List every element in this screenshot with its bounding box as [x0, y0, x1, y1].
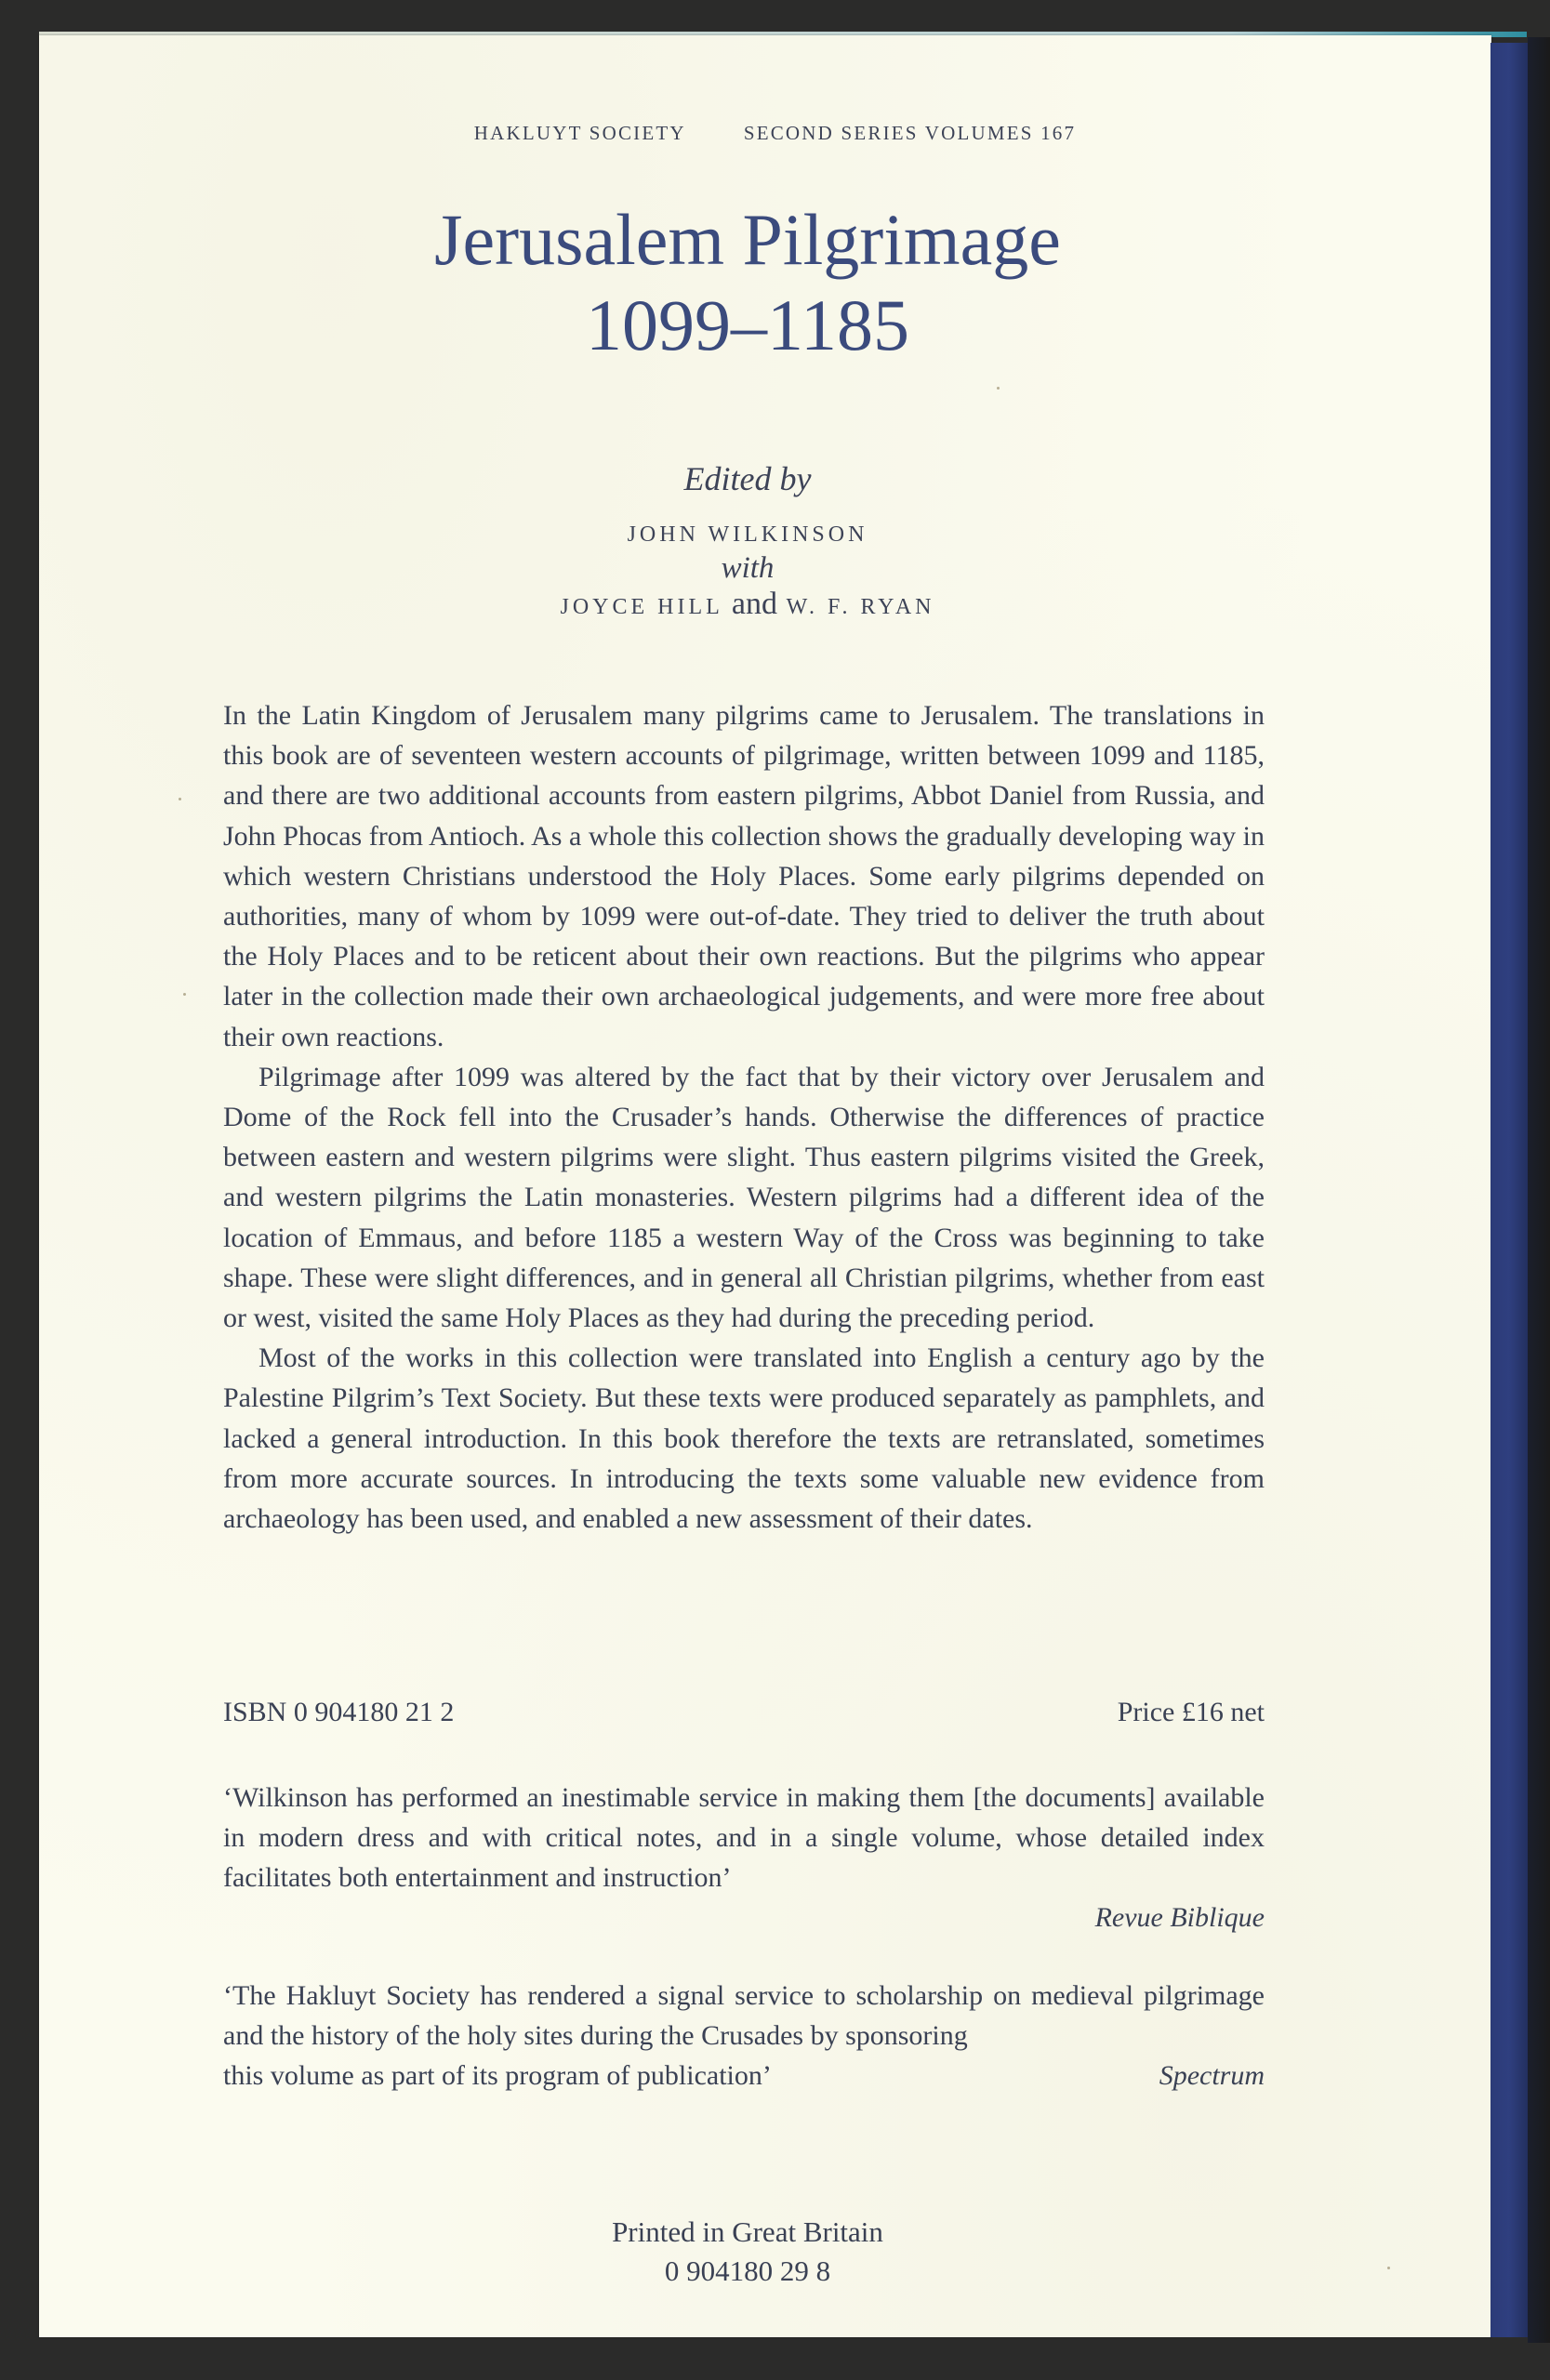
book-spine-edge	[1490, 43, 1528, 2337]
paper-speck	[997, 387, 1000, 390]
series-volume: SECOND SERIES VOLUMES 167	[744, 122, 1076, 144]
isbn-price-row: ISBN 0 904180 21 2 Price £16 net	[223, 1694, 1265, 1731]
title-line-1: Jerusalem Pilgrimage	[0, 197, 1495, 283]
description-paragraph-1: In the Latin Kingdom of Jerusalem many p…	[223, 695, 1265, 1057]
publisher-name: HAKLUYT SOCIETY	[474, 122, 686, 144]
coeditor-2: W. F. RYAN	[787, 595, 935, 619]
review-last-line: this volume as part of its program of pu…	[223, 2056, 1265, 2096]
isbn: ISBN 0 904180 21 2	[223, 1694, 454, 1731]
edited-by-label: Edited by	[0, 456, 1495, 502]
price: Price £16 net	[1118, 1694, 1265, 1731]
review-quote-2: ‘The Hakluyt Society has rendered a sign…	[223, 1976, 1265, 2096]
coeditors-line: JOYCE HILL and W. F. RYAN	[0, 586, 1495, 626]
footer-number: 0 904180 29 8	[0, 2252, 1495, 2291]
paper-speck	[183, 993, 186, 996]
coeditor-1: JOYCE HILL	[560, 595, 722, 619]
spine-shadow	[1528, 37, 1550, 2343]
review-source: Spectrum	[1159, 2056, 1265, 2096]
book-title: Jerusalem Pilgrimage 1099–1185	[0, 197, 1495, 368]
and-label: and	[732, 587, 777, 621]
title-line-2: 1099–1185	[0, 283, 1495, 368]
review-quote-1: ‘Wilkinson has performed an inestimable …	[223, 1778, 1265, 1937]
printer-footer: Printed in Great Britain 0 904180 29 8	[0, 2213, 1495, 2291]
description-paragraph-2: Pilgrimage after 1099 was altered by the…	[223, 1057, 1265, 1338]
review-quote-text: ‘Wilkinson has performed an inestimable …	[223, 1778, 1265, 1897]
printed-in: Printed in Great Britain	[0, 2213, 1495, 2252]
series-header: HAKLUYT SOCIETYSECOND SERIES VOLUMES 167	[0, 122, 1550, 145]
credits-block: Edited by JOHN WILKINSON with JOYCE HILL…	[0, 456, 1495, 626]
review-quote-text: ‘The Hakluyt Society has rendered a sign…	[223, 1976, 1265, 2056]
editor-name: JOHN WILKINSON	[0, 519, 1495, 550]
review-source: Revue Biblique	[223, 1897, 1265, 1937]
paper-speck	[179, 798, 181, 800]
description-paragraph-3: Most of the works in this collection wer…	[223, 1338, 1265, 1539]
review-quote-ending: this volume as part of its program of pu…	[223, 2056, 772, 2096]
with-label: with	[0, 550, 1495, 586]
description-text: In the Latin Kingdom of Jerusalem many p…	[223, 695, 1265, 1539]
